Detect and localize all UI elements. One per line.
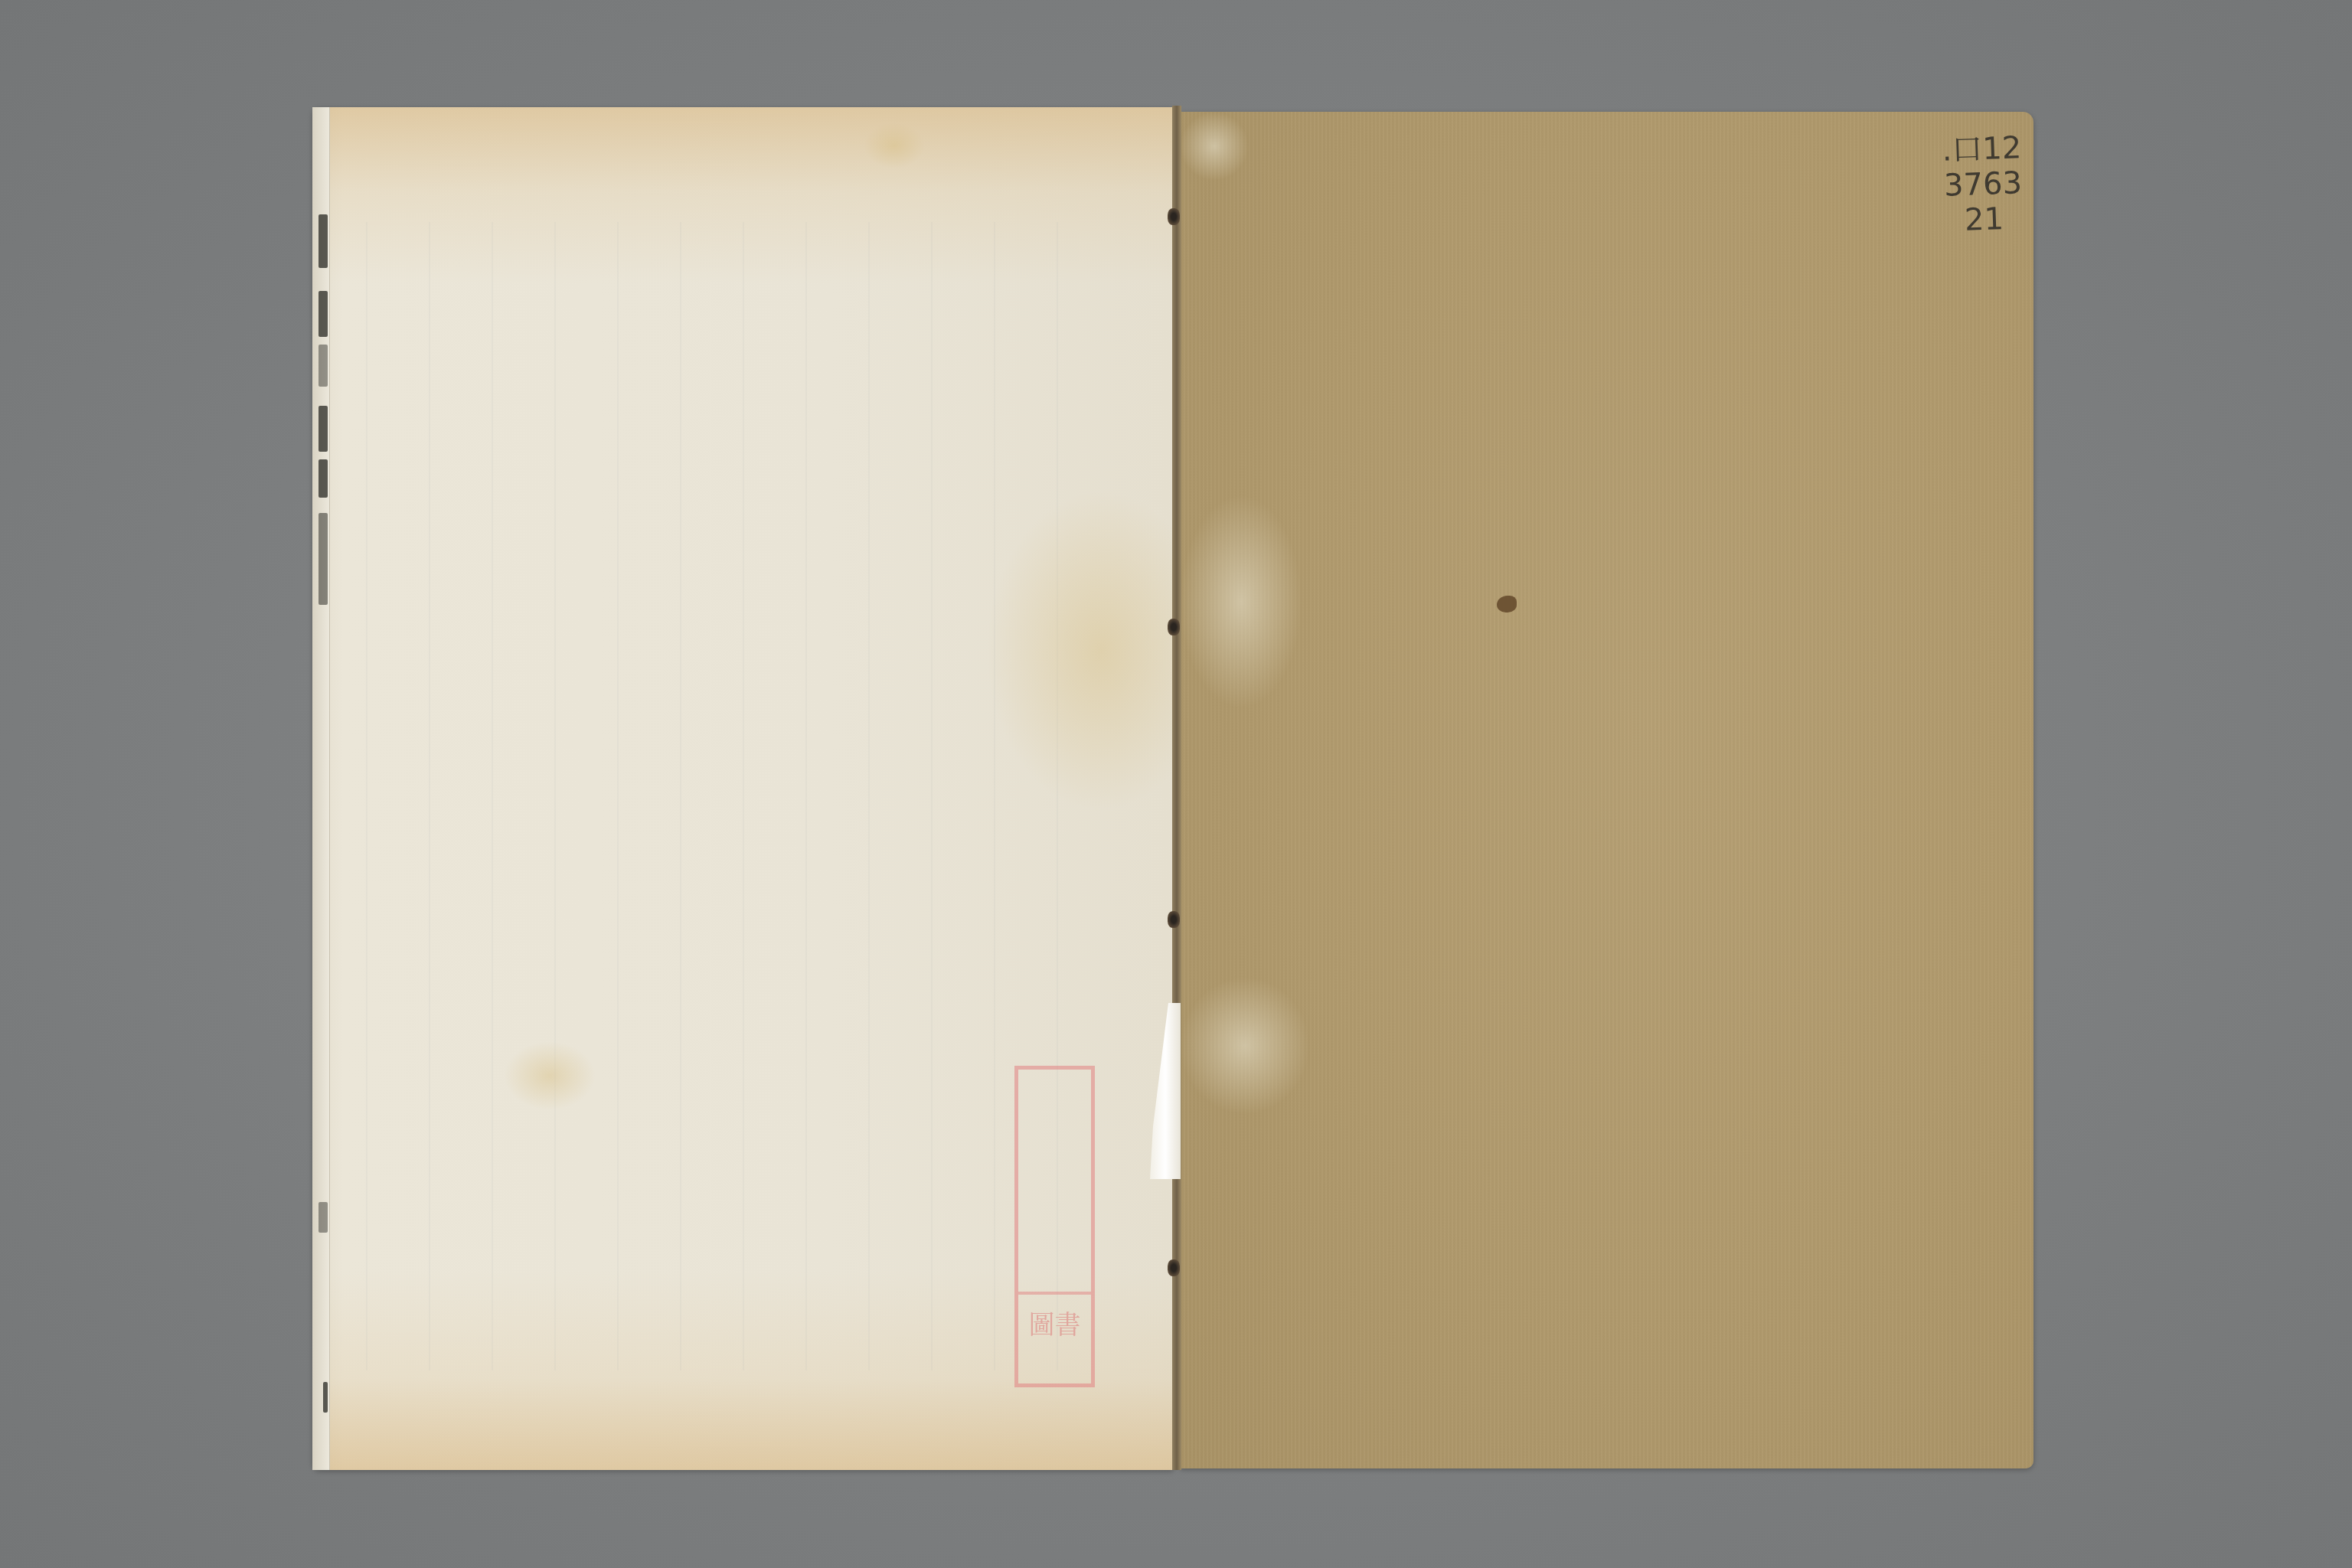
stitch-hole [1168, 208, 1180, 225]
stitch-hole [1168, 619, 1180, 635]
seal-text: 圖書 [1026, 1308, 1083, 1377]
foxing-spot [864, 122, 925, 168]
cover-wear-mark [1180, 977, 1310, 1115]
stitch-hole [1168, 911, 1180, 928]
call-number-line-1: .口12 [1935, 130, 2029, 168]
handwritten-call-number: .口12 3763 21 [1935, 130, 2031, 239]
cover-wear-mark [1180, 112, 1249, 181]
edge-title-marks [318, 199, 329, 1424]
page-fore-edge [312, 107, 330, 1470]
stain-spot [1497, 596, 1517, 612]
seal-upper-frame [1018, 1070, 1091, 1295]
right-cover [1180, 112, 2033, 1468]
cover-wear-mark [1180, 495, 1302, 709]
foxing-spot [504, 1041, 596, 1110]
stitch-hole [1168, 1259, 1180, 1276]
open-book: 圖書 .口12 3763 21 [0, 0, 2352, 1568]
call-number-line-3: 21 [1938, 201, 2031, 239]
red-library-seal: 圖書 [1014, 1066, 1095, 1387]
call-number-line-2: 3763 [1936, 165, 2030, 204]
faint-column-ruling [366, 222, 1116, 1370]
